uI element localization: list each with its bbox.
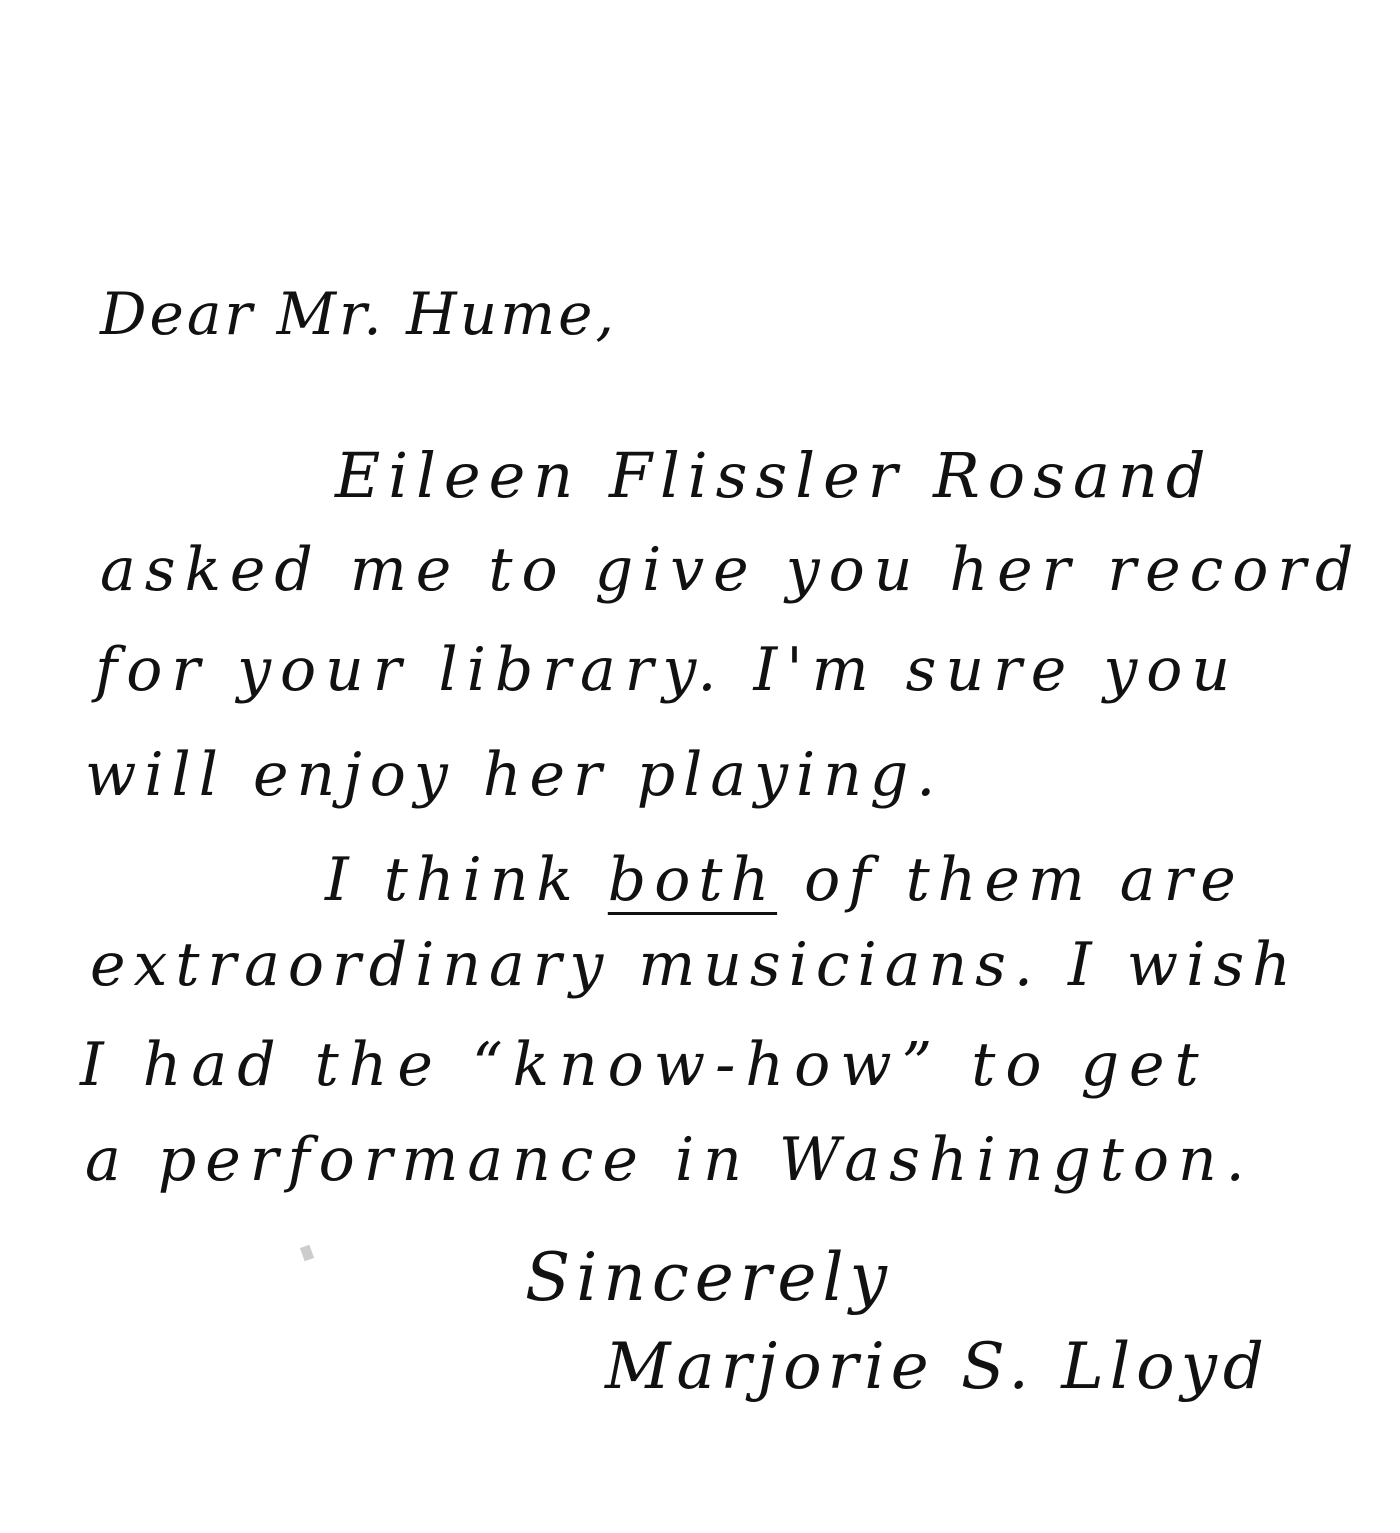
salutation: Dear Mr. Hume, [100,285,617,343]
letter-line: asked me to give you her record [100,540,1362,600]
ink-speck [300,1245,314,1262]
letter-line: will enjoy her playing. [85,745,943,805]
letter-line: Eileen Flissler Rosand [335,445,1214,507]
letter-line: I think both of them are [325,850,1244,910]
letter-line: I had the “know-how” to get [80,1035,1209,1095]
letter-line: for your library. I'm sure you [95,640,1239,700]
letter-text: I think [325,845,608,915]
letter-line: extraordinary musicians. I wish [90,935,1299,995]
letter-line: a performance in Washington. [85,1130,1254,1190]
signature: Marjorie S. Lloyd [605,1335,1270,1399]
letter-page: Dear Mr. Hume, Eileen Flissler Rosand as… [0,0,1400,1533]
letter-text: of them are [777,845,1244,915]
closing: Sincerely [525,1245,893,1311]
underlined-emphasis: both [608,845,777,915]
